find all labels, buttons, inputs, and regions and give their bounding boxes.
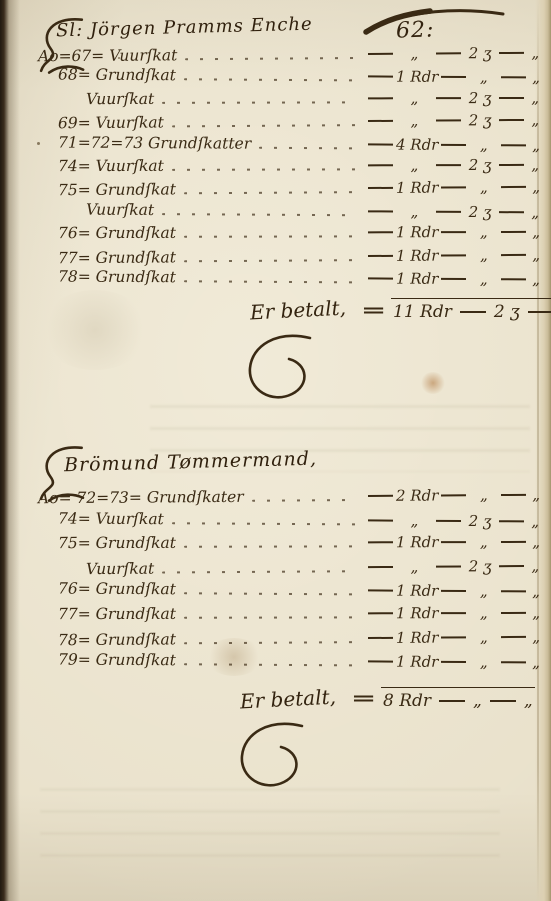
- value-skilling: „: [529, 627, 543, 645]
- dash-rule: [441, 187, 466, 189]
- dash-rule: [460, 311, 486, 313]
- dash-rule: [501, 541, 526, 543]
- dash-rule: [501, 635, 526, 637]
- value-skilling: „: [529, 178, 543, 196]
- dash-rule: [368, 590, 393, 592]
- dash-rule: [441, 636, 466, 638]
- row-values: 1 Rdr „ „: [365, 582, 543, 601]
- dash-rule: [501, 77, 526, 79]
- value-mark: „: [469, 627, 498, 645]
- ledger-row: Vuurſkat „ 2 ʒ „: [86, 198, 543, 223]
- dash-rule: [441, 232, 466, 234]
- ledger-row: 74= Vuurſkat „ 2 ʒ „: [58, 154, 543, 178]
- dotted-leader: [184, 592, 357, 595]
- row-values: „ 2 ʒ „: [365, 89, 543, 107]
- pen-loop-flourish-icon: [236, 720, 320, 794]
- row-label: 77= Grundſkat: [58, 248, 176, 267]
- value-mark: „: [469, 179, 498, 197]
- manuscript-page: 62: Sl: Jörgen Pramms Enche Ao=67= Vuurſ…: [0, 0, 551, 901]
- dash-rule: [441, 278, 466, 280]
- dotted-leader: [184, 280, 357, 283]
- row-values: „ 2 ʒ „: [365, 202, 543, 221]
- ledger-row: 71=72=73 Grundſkatter 4 Rdr „ „: [58, 131, 543, 156]
- value-rixdollar: 1 Rdr: [396, 604, 438, 622]
- dash-rule: [368, 188, 393, 190]
- dash-rule: [436, 519, 461, 521]
- dash-rule: [368, 495, 393, 497]
- value-mark: „: [469, 69, 498, 87]
- value-mark: 2 ʒ: [464, 511, 497, 529]
- row-label: 69= Vuurſkat: [58, 114, 164, 133]
- value-rixdollar: 2 Rdr: [396, 486, 439, 504]
- dash-rule: [436, 120, 461, 122]
- total-mark: 2 ʒ: [492, 302, 522, 322]
- row-label: Ao= 72=73= Grundſkater: [38, 488, 244, 507]
- dash-rule: [368, 541, 393, 543]
- row-label: Vuurſkat: [86, 559, 154, 577]
- dash-rule: [501, 144, 526, 146]
- value-mark: „: [469, 246, 498, 264]
- value-skilling: „: [527, 89, 543, 107]
- total-skilling: „: [522, 691, 535, 711]
- dotted-leader: [259, 146, 357, 149]
- section-heading-text: Brömund Tømmermand,: [64, 448, 317, 477]
- dash-rule: [368, 53, 393, 55]
- dash-rule: [441, 541, 466, 543]
- dotted-leader: [184, 236, 357, 238]
- value-rixdollar: 1 Rdr: [396, 582, 438, 600]
- row-values: 1 Rdr „ „: [365, 246, 543, 265]
- row-label: 68= Grundſkat: [58, 66, 176, 85]
- value-skilling: „: [527, 44, 543, 62]
- value-skilling: „: [527, 111, 543, 129]
- value-rixdollar: 1 Rdr: [396, 533, 438, 551]
- dotted-leader: [184, 640, 357, 643]
- row-values: „ 2 ʒ „: [365, 511, 543, 530]
- row-label: 76= Grundſkat: [58, 224, 176, 242]
- equals-flourish: =: [361, 300, 387, 321]
- dotted-leader: [184, 79, 357, 82]
- row-values: 1 Rdr „ „: [365, 604, 543, 622]
- value-skilling: „: [529, 270, 543, 288]
- value-rixdollar: 1 Rdr: [396, 68, 438, 86]
- ledger-row: 69= Vuurſkat „ 2 ʒ „: [58, 109, 543, 135]
- value-rixdollar: „: [396, 89, 433, 107]
- value-mark: „: [469, 604, 498, 622]
- value-skilling: „: [529, 583, 543, 601]
- dash-rule: [501, 231, 526, 233]
- row-label: 76= Grundſkat: [58, 580, 176, 599]
- dash-rule: [441, 77, 466, 79]
- row-values: 4 Rdr „ „: [365, 135, 543, 154]
- value-skilling: „: [527, 512, 543, 530]
- value-skilling: „: [529, 486, 543, 504]
- total-line: Er betalt, = 11 Rdr 2 ʒ „: [250, 298, 543, 322]
- ledger-row: Ao= 72=73= Grundſkater 2 Rdr „ „: [38, 483, 543, 510]
- dash-rule: [499, 164, 524, 166]
- dash-rule: [368, 636, 393, 638]
- value-skilling: „: [527, 203, 543, 221]
- value-skilling: „: [529, 604, 543, 622]
- dash-rule: [499, 565, 524, 567]
- row-label: 78= Grundſkat: [58, 630, 176, 649]
- dash-rule: [499, 119, 524, 121]
- dotted-leader: [162, 570, 357, 573]
- value-mark: „: [469, 486, 498, 504]
- section-heading: Brömund Tømmermand,: [64, 442, 543, 477]
- pen-loop-flourish-icon: [244, 332, 328, 406]
- dash-rule: [368, 255, 393, 257]
- value-rixdollar: 1 Rdr: [396, 223, 438, 241]
- dotted-leader: [172, 522, 357, 525]
- dash-rule: [441, 612, 466, 614]
- row-label: 71=72=73 Grundſkatter: [58, 133, 251, 152]
- dash-rule: [368, 519, 393, 521]
- dotted-leader: [184, 545, 357, 547]
- row-label: Vuurſkat: [86, 201, 154, 219]
- ledger-row: 77= Grundſkat 1 Rdr „ „: [58, 601, 543, 626]
- value-skilling: „: [529, 69, 543, 87]
- dotted-leader: [172, 124, 357, 127]
- ledger-section: Sl: Jörgen Pramms Enche Ao=67= Vuurſkat …: [38, 14, 543, 322]
- dash-rule: [368, 612, 393, 614]
- row-values: 1 Rdr „ „: [365, 269, 543, 288]
- dash-rule: [501, 612, 526, 614]
- dotted-leader: [184, 192, 357, 195]
- dotted-leader: [184, 616, 357, 618]
- ledger-row: 79= Grundſkat 1 Rdr „ „: [58, 648, 543, 675]
- dash-rule: [368, 278, 393, 280]
- dash-rule: [368, 661, 393, 663]
- value-rixdollar: 1 Rdr: [396, 270, 438, 288]
- dotted-leader: [184, 663, 357, 666]
- value-mark: „: [469, 582, 498, 600]
- dash-rule: [439, 700, 465, 702]
- binding-edge: [0, 0, 20, 901]
- ledger-section: Brömund Tømmermand, Ao= 72=73= Grundſkat…: [38, 448, 543, 711]
- value-skilling: „: [529, 136, 543, 154]
- ledger-rows: Ao=67= Vuurſkat „ 2 ʒ „ 68= Grundſkat 1 …: [38, 43, 543, 289]
- ledger-row: 78= Grundſkat 1 Rdr „ „: [58, 265, 543, 290]
- dash-rule: [499, 52, 524, 54]
- row-values: 1 Rdr „ „: [365, 178, 543, 197]
- ledger-row: 76= Grundſkat 1 Rdr „ „: [58, 221, 543, 245]
- dotted-leader: [252, 499, 357, 502]
- ledger-row: 76= Grundſkat 1 Rdr „ „: [58, 577, 543, 604]
- value-mark: 2 ʒ: [464, 557, 497, 575]
- row-label: 77= Grundſkat: [58, 605, 176, 623]
- ledger-row: 75= Grundſkat 1 Rdr „ „: [58, 530, 543, 555]
- value-mark: „: [469, 223, 498, 241]
- dash-rule: [441, 590, 466, 592]
- equals-flourish: =: [351, 688, 377, 709]
- value-mark: „: [469, 533, 498, 551]
- value-skilling: „: [527, 556, 543, 574]
- dash-rule: [368, 76, 393, 78]
- total-label: Er betalt,: [239, 684, 336, 713]
- value-skilling: „: [527, 156, 543, 174]
- row-values: „ 2 ʒ „: [365, 156, 543, 174]
- section-heading: Sl: Jörgen Pramms Enche: [56, 8, 543, 42]
- dash-rule: [436, 211, 461, 213]
- value-mark: „: [469, 270, 498, 288]
- value-skilling: „: [529, 653, 543, 671]
- value-mark: 2 ʒ: [464, 156, 497, 174]
- dash-rule: [368, 232, 393, 234]
- value-rixdollar: 1 Rdr: [396, 179, 439, 197]
- dash-rule: [501, 661, 526, 663]
- value-rixdollar: 4 Rdr: [396, 135, 438, 153]
- dash-rule: [501, 254, 526, 256]
- value-rixdollar: 1 Rdr: [396, 246, 439, 264]
- row-values: 1 Rdr „ „: [365, 652, 543, 671]
- ledger-row: 68= Grundſkat 1 Rdr „ „: [58, 64, 543, 89]
- row-values: 1 Rdr „ „: [365, 68, 543, 87]
- dash-rule: [501, 591, 526, 593]
- dash-rule: [528, 311, 551, 313]
- dash-rule: [436, 164, 461, 166]
- total-label: Er betalt,: [249, 296, 346, 325]
- value-skilling: „: [529, 533, 543, 551]
- row-label: Vuurſkat: [86, 90, 154, 108]
- total-amount: 11 Rdr 2 ʒ „: [391, 298, 551, 322]
- total-line: Er betalt, = 8 Rdr „ „: [240, 687, 543, 711]
- row-values: „ 2 ʒ „: [365, 44, 543, 63]
- row-label: 75= Grundſkat: [58, 534, 176, 552]
- dash-rule: [368, 210, 393, 212]
- dash-rule: [368, 143, 393, 145]
- dash-rule: [490, 700, 516, 702]
- dash-rule: [368, 120, 393, 122]
- row-values: 2 Rdr „ „: [365, 486, 543, 505]
- ledger-rows: Ao= 72=73= Grundſkater 2 Rdr „ „ 74= Vuu…: [38, 484, 543, 673]
- value-mark: 2 ʒ: [464, 203, 497, 221]
- row-label: 75= Grundſkat: [58, 181, 176, 200]
- dash-rule: [436, 565, 461, 567]
- row-values: „ 2 ʒ „: [365, 111, 543, 130]
- dotted-leader: [172, 168, 357, 170]
- value-skilling: „: [529, 223, 543, 241]
- dash-rule: [441, 494, 466, 496]
- dash-rule: [436, 97, 461, 99]
- value-rixdollar: „: [396, 202, 433, 220]
- dash-rule: [368, 97, 393, 99]
- dash-rule: [501, 279, 526, 281]
- dash-rule: [436, 53, 461, 55]
- dotted-leader: [184, 259, 357, 262]
- row-values: „ 2 ʒ „: [365, 556, 543, 575]
- dash-rule: [441, 661, 466, 663]
- value-skilling: „: [529, 246, 543, 264]
- value-mark: „: [469, 653, 498, 671]
- value-rixdollar: „: [396, 557, 433, 575]
- total-rixdollar: 11 Rdr: [391, 302, 454, 322]
- row-values: 1 Rdr „ „: [365, 223, 543, 241]
- value-rixdollar: „: [396, 45, 433, 63]
- value-rixdollar: 1 Rdr: [396, 628, 439, 646]
- value-rixdollar: 1 Rdr: [396, 653, 438, 671]
- ledger-row: 74= Vuurſkat „ 2 ʒ „: [58, 506, 543, 533]
- dash-rule: [501, 494, 526, 496]
- total-amount: 8 Rdr „ „: [381, 687, 535, 711]
- dash-rule: [368, 165, 393, 167]
- ledger-row: Vuurſkat „ 2 ʒ „: [86, 87, 543, 111]
- total-rixdollar: 8 Rdr: [381, 691, 433, 711]
- value-rixdollar: „: [396, 156, 433, 174]
- dotted-leader: [162, 213, 357, 216]
- dash-rule: [501, 187, 526, 189]
- row-label: 74= Vuurſkat: [58, 157, 164, 175]
- row-label: 79= Grundſkat: [58, 650, 176, 669]
- dash-rule: [499, 520, 524, 522]
- value-mark: 2 ʒ: [464, 111, 497, 129]
- dash-rule: [368, 566, 393, 568]
- dotted-leader: [185, 57, 357, 60]
- value-mark: „: [469, 136, 498, 154]
- dash-rule: [499, 97, 524, 99]
- row-values: 1 Rdr „ „: [365, 533, 543, 551]
- value-mark: 2 ʒ: [464, 89, 497, 107]
- value-mark: 2 ʒ: [464, 44, 497, 62]
- total-mark: „: [471, 691, 484, 711]
- row-values: 1 Rdr „ „: [365, 627, 543, 646]
- row-label: 74= Vuurſkat: [58, 509, 164, 528]
- row-label: 78= Grundſkat: [58, 268, 176, 287]
- dash-rule: [441, 144, 466, 146]
- value-rixdollar: „: [396, 511, 433, 529]
- value-rixdollar: „: [396, 112, 433, 130]
- ink-stain: [420, 372, 446, 394]
- dash-rule: [441, 254, 466, 256]
- dotted-leader: [162, 101, 357, 104]
- dash-rule: [499, 211, 524, 213]
